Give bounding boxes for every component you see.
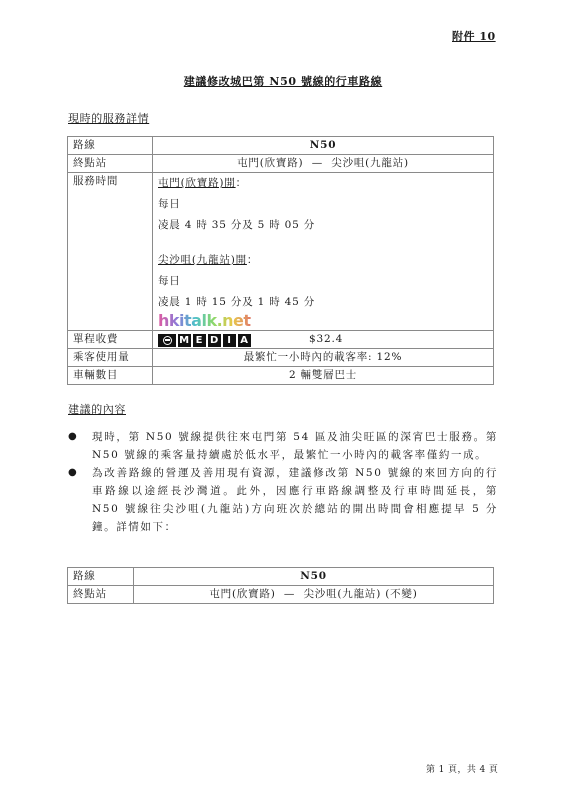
departure-tuen-mun: 屯門(欣寶路)開： (158, 173, 488, 194)
bullet-text: 現時，第 N50 號線提供往來屯門第 54 區及油尖旺區的深宵巴士服務。第 N5… (92, 428, 498, 464)
patronage-value: 最繁忙一小時內的載客率: 12% (153, 349, 494, 367)
table-row-fare: 單程收費 M E D I A $32.4 (68, 331, 494, 349)
fleet-label: 車輛數目 (68, 367, 153, 385)
fare-label: 單程收費 (68, 331, 153, 349)
watermark-logo-text: hkitalk.net (158, 311, 251, 330)
terminus-label: 終點站 (68, 586, 134, 604)
table-row-fleet: 車輛數目 2 輛雙層巴士 (68, 367, 494, 385)
document-title: 建議修改城巴第 N50 號線的行車路線 (0, 73, 566, 89)
media-circle-icon (158, 334, 176, 347)
hours-value: 屯門(欣寶路)開： 每日 凌晨 4 時 35 分及 5 時 05 分 尖沙咀(九… (153, 173, 494, 331)
table-row-hours: 服務時間 屯門(欣寶路)開： 每日 凌晨 4 時 35 分及 5 時 05 分 … (68, 173, 494, 331)
list-item: ● 為改善路線的營運及善用現有資源，建議修改第 N50 號線的來回方向的行車路線… (68, 464, 498, 536)
watermark-media-logo: M E D I A (158, 334, 251, 347)
bullet-text: 為改善路線的營運及善用現有資源，建議修改第 N50 號線的來回方向的行車路線以途… (92, 464, 498, 536)
terminus-value: 屯門(欣寶路) — 尖沙咀(九龍站) (不變) (134, 586, 494, 604)
current-service-table: 路線 N50 終點站 屯門(欣寶路) — 尖沙咀(九龍站) 服務時間 屯門(欣寶… (67, 136, 494, 385)
table-row-terminus: 終點站 屯門(欣寶路) — 尖沙咀(九龍站) (不變) (68, 586, 494, 604)
route-label: 路線 (68, 568, 134, 586)
watermark-top: hkitalk.net (158, 313, 488, 329)
days-tuen-mun: 每日 (158, 194, 488, 215)
route-label: 路線 (68, 137, 153, 155)
proposal-heading: 建議的內容 (68, 401, 126, 417)
current-service-heading: 現時的服務詳情 (68, 110, 149, 126)
times-tuen-mun: 凌晨 4 時 35 分及 5 時 05 分 (158, 215, 488, 236)
terminus-label: 終點站 (68, 155, 153, 173)
proposed-route-table: 路線 N50 終點站 屯門(欣寶路) — 尖沙咀(九龍站) (不變) (67, 567, 494, 604)
list-item: ● 現時，第 N50 號線提供往來屯門第 54 區及油尖旺區的深宵巴士服務。第 … (68, 428, 498, 464)
fleet-value: 2 輛雙層巴士 (153, 367, 494, 385)
terminus-value: 屯門(欣寶路) — 尖沙咀(九龍站) (153, 155, 494, 173)
page-indicator: 第 1 頁，共 4 頁 (426, 762, 498, 775)
patronage-label: 乘客使用量 (68, 349, 153, 367)
hours-label: 服務時間 (68, 173, 153, 331)
table-row-patronage: 乘客使用量 最繁忙一小時內的載客率: 12% (68, 349, 494, 367)
table-row-route: 路線 N50 (68, 137, 494, 155)
table-row-route: 路線 N50 (68, 568, 494, 586)
times-tsim-sha-tsui: 凌晨 1 時 15 分及 1 時 45 分 (158, 292, 488, 313)
annex-label: 附件 10 (452, 28, 496, 44)
fare-value: $32.4 (309, 332, 343, 347)
departure-tsim-sha-tsui: 尖沙咀(九龍站)開： (158, 250, 488, 271)
days-tsim-sha-tsui: 每日 (158, 271, 488, 292)
route-value: N50 (153, 137, 494, 155)
bullet-icon: ● (68, 428, 92, 464)
route-value: N50 (134, 568, 494, 586)
table-row-terminus: 終點站 屯門(欣寶路) — 尖沙咀(九龍站) (68, 155, 494, 173)
proposal-bullet-list: ● 現時，第 N50 號線提供往來屯門第 54 區及油尖旺區的深宵巴士服務。第 … (68, 428, 498, 536)
fare-cell: M E D I A $32.4 (153, 331, 494, 349)
bullet-icon: ● (68, 464, 92, 536)
